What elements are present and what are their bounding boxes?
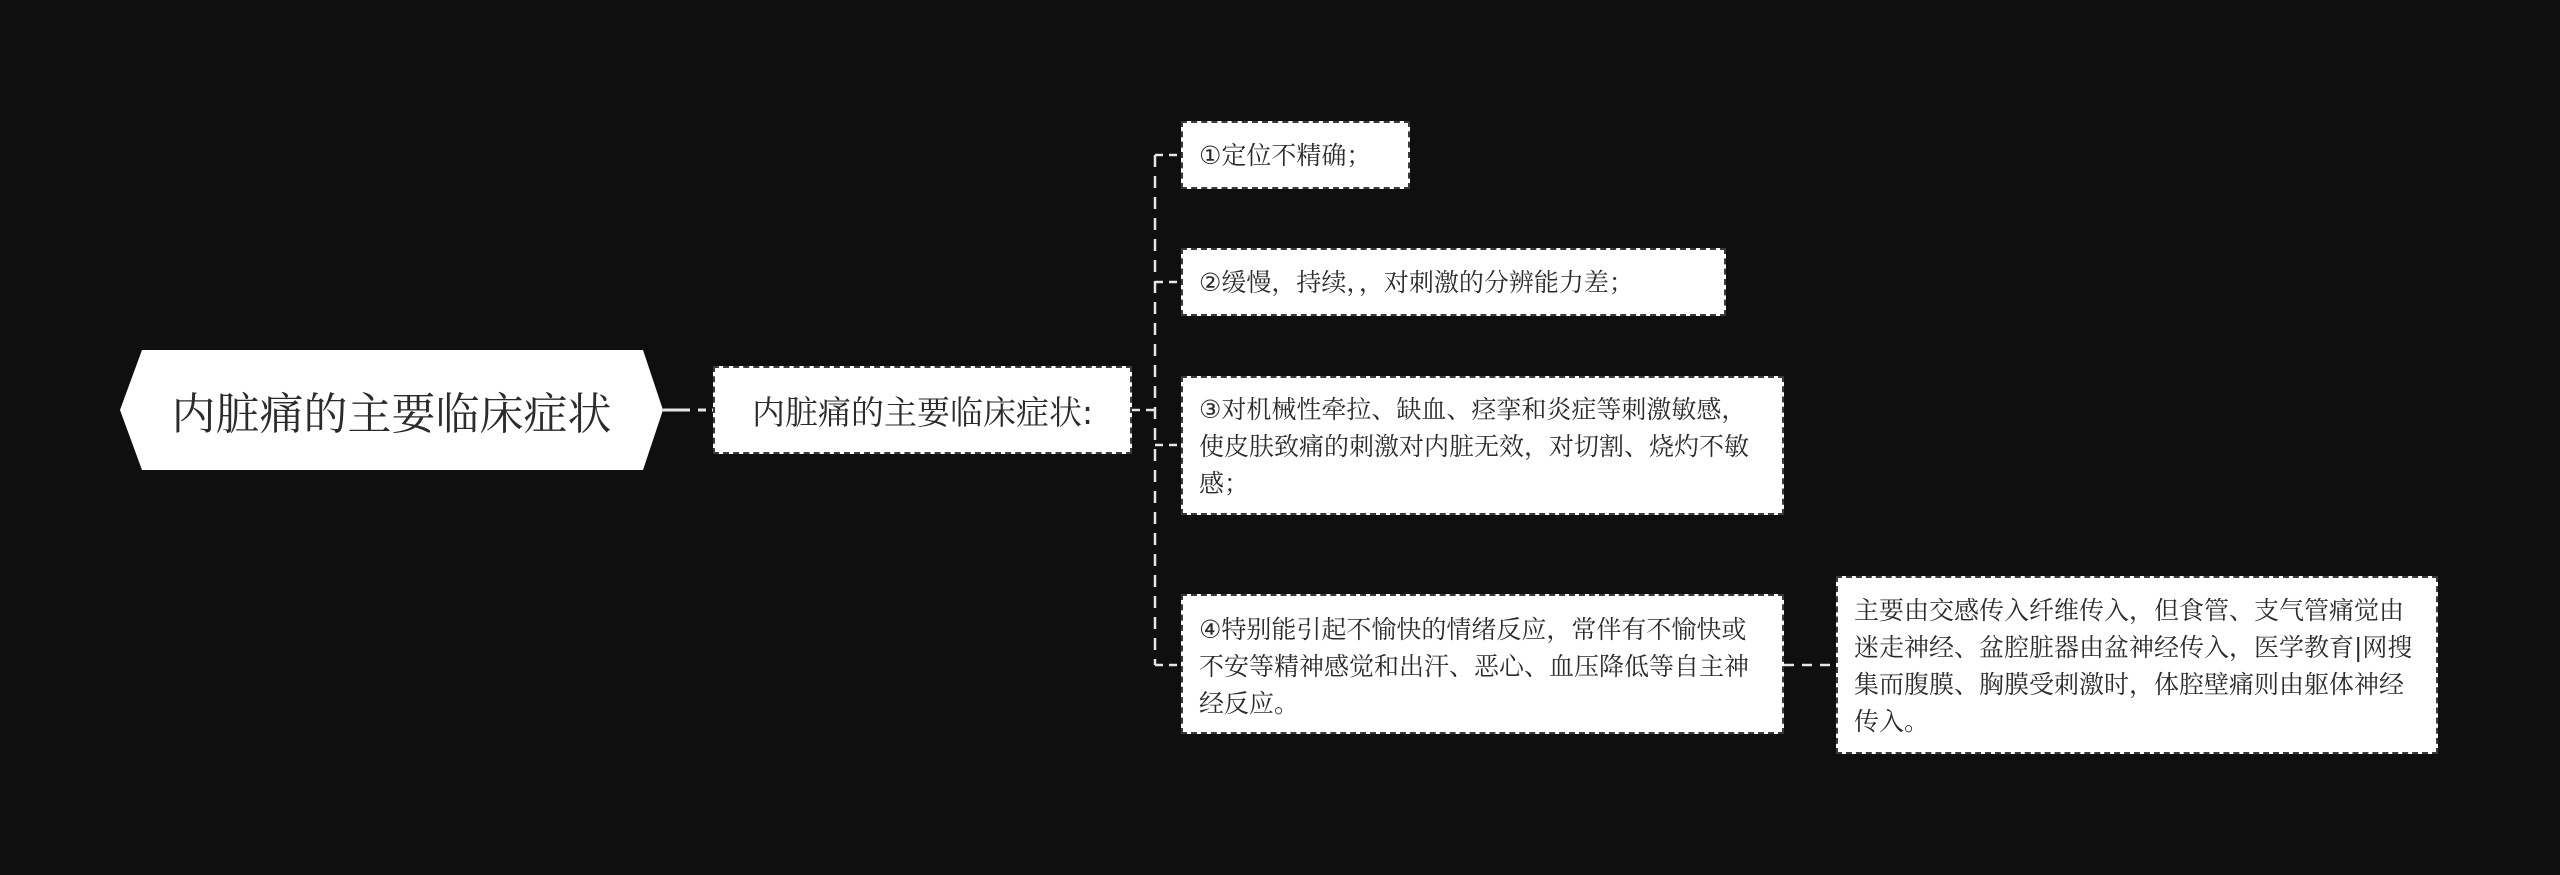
note-node[interactable]: 主要由交感传入纤维传入，但食管、支气管痛觉由迷走神经、盆腔脏器由盆神经传入，医学…: [1836, 576, 2438, 754]
mindmap-canvas: 内脏痛的主要临床症状 内脏痛的主要临床症状: ①定位不精确； ②缓慢，持续，，对…: [0, 0, 2560, 875]
item-node-1[interactable]: ①定位不精确；: [1181, 121, 1410, 189]
root-node[interactable]: 内脏痛的主要临床症状: [120, 350, 663, 470]
item-node-label: ③对机械性牵拉、缺血、痉挛和炎症等刺激敏感，使皮肤致痛的刺激对内脏无效，对切割、…: [1199, 391, 1766, 502]
root-node-label: 内脏痛的主要临床症状: [172, 378, 612, 442]
branch-node[interactable]: 内脏痛的主要临床症状:: [713, 366, 1132, 454]
item-node-4[interactable]: ④特别能引起不愉快的情绪反应，常伴有不愉快或不安等精神感觉和出汗、恶心、血压降低…: [1181, 594, 1784, 734]
item-node-label: ④特别能引起不愉快的情绪反应，常伴有不愉快或不安等精神感觉和出汗、恶心、血压降低…: [1199, 611, 1766, 722]
note-node-label: 主要由交感传入纤维传入，但食管、支气管痛觉由迷走神经、盆腔脏器由盆神经传入，医学…: [1854, 592, 2420, 740]
item-node-label: ①定位不精确；: [1199, 137, 1371, 174]
item-node-label: ②缓慢，持续，，对刺激的分辨能力差；: [1199, 264, 1634, 301]
branch-node-label: 内脏痛的主要临床症状:: [752, 387, 1093, 434]
item-node-3[interactable]: ③对机械性牵拉、缺血、痉挛和炎症等刺激敏感，使皮肤致痛的刺激对内脏无效，对切割、…: [1181, 376, 1784, 515]
item-node-2[interactable]: ②缓慢，持续，，对刺激的分辨能力差；: [1181, 248, 1726, 316]
